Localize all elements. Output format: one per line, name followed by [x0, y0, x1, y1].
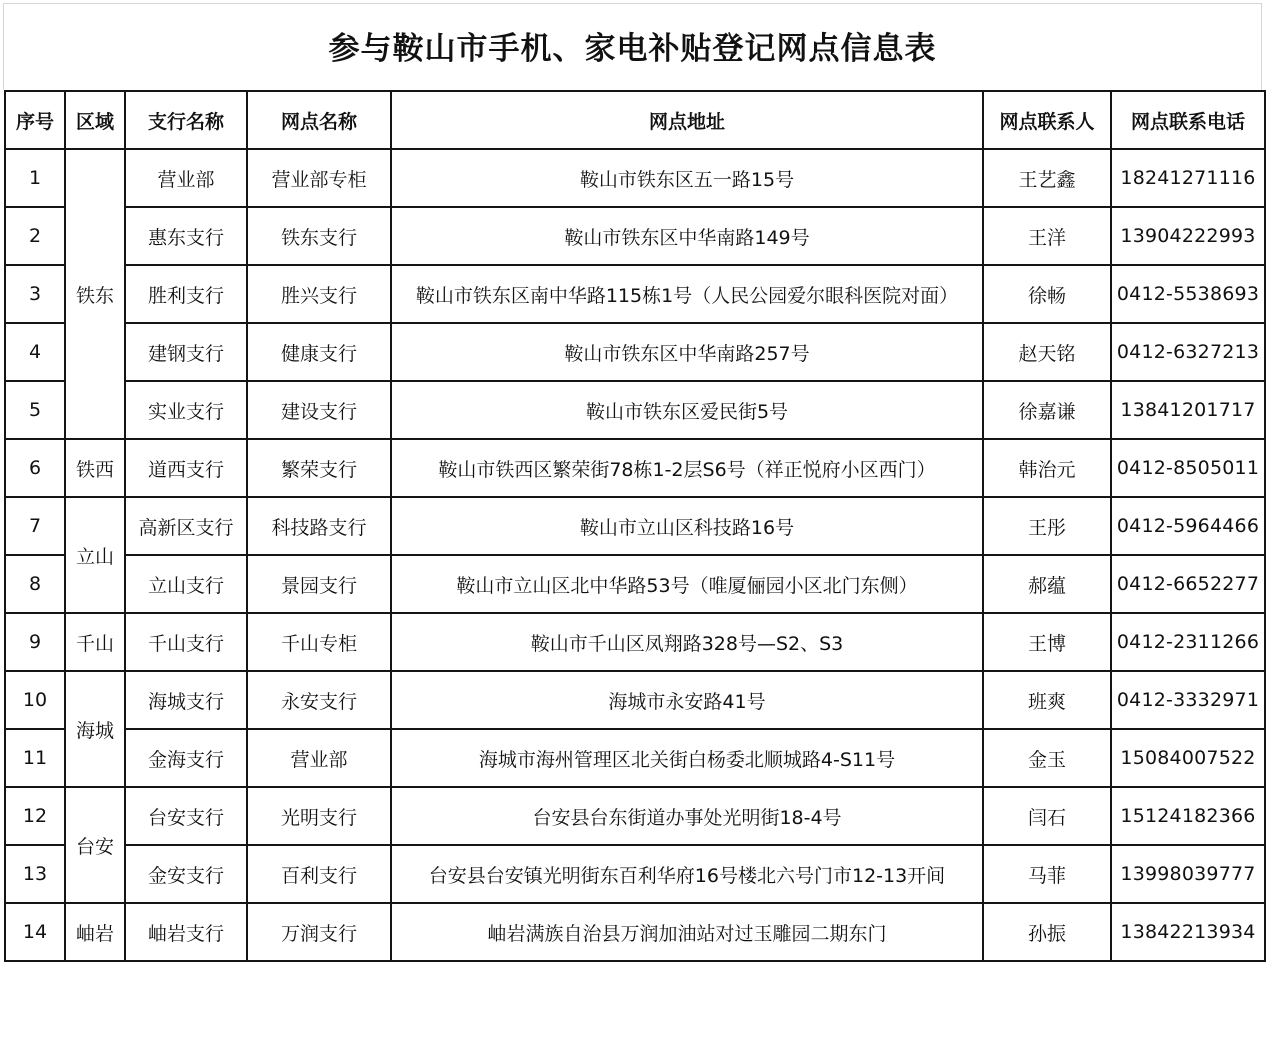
cell-phone: 0412-3332971	[1111, 671, 1265, 729]
cell-index: 5	[5, 381, 65, 439]
cell-outlet: 百利支行	[247, 845, 391, 903]
cell-branch: 台安支行	[125, 787, 247, 845]
cell-region: 铁东	[65, 149, 125, 439]
table-row: 13 金安支行 百利支行 台安县台安镇光明街东百利华府16号楼北六号门市12-1…	[5, 845, 1265, 903]
cell-contact: 闫石	[983, 787, 1111, 845]
cell-contact: 徐嘉谦	[983, 381, 1111, 439]
table-row: 8 立山支行 景园支行 鞍山市立山区北中华路53号（唯厦俪园小区北门东侧） 郝蕴…	[5, 555, 1265, 613]
cell-branch: 道西支行	[125, 439, 247, 497]
cell-branch: 建钢支行	[125, 323, 247, 381]
table-row: 12 台安 台安支行 光明支行 台安县台东街道办事处光明街18-4号 闫石 15…	[5, 787, 1265, 845]
cell-outlet: 科技路支行	[247, 497, 391, 555]
cell-branch: 胜利支行	[125, 265, 247, 323]
cell-phone: 18241271116	[1111, 149, 1265, 207]
table-row: 7 立山 高新区支行 科技路支行 鞍山市立山区科技路16号 王彤 0412-59…	[5, 497, 1265, 555]
table-row: 1 铁东 营业部 营业部专柜 鞍山市铁东区五一路15号 王艺鑫 18241271…	[5, 149, 1265, 207]
cell-address: 鞍山市铁西区繁荣街78栋1-2层S6号（祥正悦府小区西门）	[391, 439, 983, 497]
cell-index: 13	[5, 845, 65, 903]
cell-phone: 13904222993	[1111, 207, 1265, 265]
table-row: 5 实业支行 建设支行 鞍山市铁东区爱民街5号 徐嘉谦 13841201717	[5, 381, 1265, 439]
cell-index: 8	[5, 555, 65, 613]
cell-branch: 立山支行	[125, 555, 247, 613]
cell-outlet: 万润支行	[247, 903, 391, 961]
cell-contact: 马菲	[983, 845, 1111, 903]
cell-index: 10	[5, 671, 65, 729]
cell-contact: 班爽	[983, 671, 1111, 729]
cell-region: 海城	[65, 671, 125, 787]
cell-index: 7	[5, 497, 65, 555]
cell-phone: 0412-6327213	[1111, 323, 1265, 381]
table-row: 3 胜利支行 胜兴支行 鞍山市铁东区南中华路115栋1号（人民公园爱尔眼科医院对…	[5, 265, 1265, 323]
cell-contact: 王艺鑫	[983, 149, 1111, 207]
table-row: 10 海城 海城支行 永安支行 海城市永安路41号 班爽 0412-333297…	[5, 671, 1265, 729]
cell-index: 1	[5, 149, 65, 207]
cell-address: 台安县台东街道办事处光明街18-4号	[391, 787, 983, 845]
cell-contact: 王彤	[983, 497, 1111, 555]
cell-address: 鞍山市立山区科技路16号	[391, 497, 983, 555]
cell-index: 14	[5, 903, 65, 961]
cell-outlet: 景园支行	[247, 555, 391, 613]
table-row: 4 建钢支行 健康支行 鞍山市铁东区中华南路257号 赵天铭 0412-6327…	[5, 323, 1265, 381]
cell-phone: 0412-2311266	[1111, 613, 1265, 671]
cell-address: 鞍山市铁东区爱民街5号	[391, 381, 983, 439]
cell-address: 岫岩满族自治县万润加油站对过玉雕园二期东门	[391, 903, 983, 961]
cell-phone: 0412-5964466	[1111, 497, 1265, 555]
header-row: 序号 区域 支行名称 网点名称 网点地址 网点联系人 网点联系电话	[5, 91, 1265, 149]
cell-branch: 营业部	[125, 149, 247, 207]
cell-outlet: 健康支行	[247, 323, 391, 381]
cell-contact: 赵天铭	[983, 323, 1111, 381]
cell-region: 立山	[65, 497, 125, 613]
table-row: 6 铁西 道西支行 繁荣支行 鞍山市铁西区繁荣街78栋1-2层S6号（祥正悦府小…	[5, 439, 1265, 497]
cell-outlet: 铁东支行	[247, 207, 391, 265]
cell-branch: 金海支行	[125, 729, 247, 787]
cell-outlet: 光明支行	[247, 787, 391, 845]
header-address: 网点地址	[391, 91, 983, 149]
cell-contact: 孙振	[983, 903, 1111, 961]
cell-index: 9	[5, 613, 65, 671]
cell-phone: 13841201717	[1111, 381, 1265, 439]
cell-address: 鞍山市铁东区南中华路115栋1号（人民公园爱尔眼科医院对面）	[391, 265, 983, 323]
cell-branch: 千山支行	[125, 613, 247, 671]
cell-branch: 惠东支行	[125, 207, 247, 265]
cell-index: 4	[5, 323, 65, 381]
cell-contact: 韩治元	[983, 439, 1111, 497]
cell-contact: 郝蕴	[983, 555, 1111, 613]
document-title: 参与鞍山市手机、家电补贴登记网点信息表	[329, 23, 937, 68]
title-box: 参与鞍山市手机、家电补贴登记网点信息表	[3, 3, 1262, 90]
cell-branch: 高新区支行	[125, 497, 247, 555]
cell-contact: 徐畅	[983, 265, 1111, 323]
cell-contact: 金玉	[983, 729, 1111, 787]
cell-index: 11	[5, 729, 65, 787]
cell-address: 鞍山市立山区北中华路53号（唯厦俪园小区北门东侧）	[391, 555, 983, 613]
cell-contact: 王洋	[983, 207, 1111, 265]
cell-region: 台安	[65, 787, 125, 903]
cell-phone: 15084007522	[1111, 729, 1265, 787]
cell-index: 2	[5, 207, 65, 265]
cell-outlet: 千山专柜	[247, 613, 391, 671]
cell-phone: 15124182366	[1111, 787, 1265, 845]
cell-phone: 0412-8505011	[1111, 439, 1265, 497]
table-row: 11 金海支行 营业部 海城市海州管理区北关街白杨委北顺城路4-S11号 金玉 …	[5, 729, 1265, 787]
cell-outlet: 繁荣支行	[247, 439, 391, 497]
cell-contact: 王博	[983, 613, 1111, 671]
table-row: 2 惠东支行 铁东支行 鞍山市铁东区中华南路149号 王洋 1390422299…	[5, 207, 1265, 265]
cell-outlet: 建设支行	[247, 381, 391, 439]
header-branch: 支行名称	[125, 91, 247, 149]
header-phone: 网点联系电话	[1111, 91, 1265, 149]
cell-region: 岫岩	[65, 903, 125, 961]
header-outlet: 网点名称	[247, 91, 391, 149]
cell-index: 6	[5, 439, 65, 497]
cell-branch: 实业支行	[125, 381, 247, 439]
table-row: 9 千山 千山支行 千山专柜 鞍山市千山区凤翔路328号—S2、S3 王博 04…	[5, 613, 1265, 671]
outlet-info-table: 序号 区域 支行名称 网点名称 网点地址 网点联系人 网点联系电话 1 铁东 营…	[4, 90, 1266, 962]
cell-address: 鞍山市铁东区中华南路257号	[391, 323, 983, 381]
cell-phone: 0412-5538693	[1111, 265, 1265, 323]
cell-region: 千山	[65, 613, 125, 671]
cell-outlet: 营业部专柜	[247, 149, 391, 207]
header-region: 区域	[65, 91, 125, 149]
cell-phone: 13842213934	[1111, 903, 1265, 961]
cell-index: 3	[5, 265, 65, 323]
cell-outlet: 永安支行	[247, 671, 391, 729]
cell-address: 鞍山市铁东区中华南路149号	[391, 207, 983, 265]
cell-address: 海城市永安路41号	[391, 671, 983, 729]
cell-branch: 岫岩支行	[125, 903, 247, 961]
cell-outlet: 胜兴支行	[247, 265, 391, 323]
cell-outlet: 营业部	[247, 729, 391, 787]
cell-index: 12	[5, 787, 65, 845]
cell-address: 鞍山市铁东区五一路15号	[391, 149, 983, 207]
header-contact: 网点联系人	[983, 91, 1111, 149]
cell-address: 鞍山市千山区凤翔路328号—S2、S3	[391, 613, 983, 671]
cell-phone: 0412-6652277	[1111, 555, 1265, 613]
header-index: 序号	[5, 91, 65, 149]
cell-branch: 海城支行	[125, 671, 247, 729]
cell-branch: 金安支行	[125, 845, 247, 903]
cell-address: 海城市海州管理区北关街白杨委北顺城路4-S11号	[391, 729, 983, 787]
cell-phone: 13998039777	[1111, 845, 1265, 903]
table-row: 14 岫岩 岫岩支行 万润支行 岫岩满族自治县万润加油站对过玉雕园二期东门 孙振…	[5, 903, 1265, 961]
cell-address: 台安县台安镇光明街东百利华府16号楼北六号门市12-13开间	[391, 845, 983, 903]
cell-region: 铁西	[65, 439, 125, 497]
